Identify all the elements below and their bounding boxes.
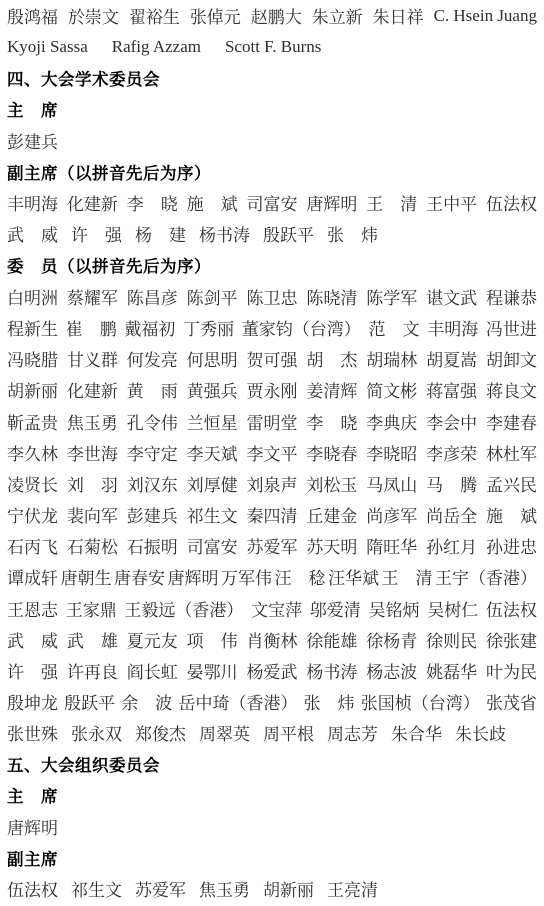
person-name: 王家鼎	[66, 596, 117, 621]
person-name: 兰恒星	[187, 409, 238, 434]
person-name: 彭建兵	[7, 128, 58, 153]
person-name: 孙红月	[426, 533, 477, 558]
person-name: 何发亮	[127, 346, 178, 371]
person-name: 张 炜	[304, 689, 355, 714]
person-name: 郑俊杰	[135, 720, 186, 745]
person-name: 胡卸文	[486, 346, 537, 371]
person-name: 晏鄂川	[187, 658, 238, 683]
person-name: 李典庆	[366, 409, 417, 434]
person-name: 祁生文	[187, 502, 238, 527]
person-name: 陈学军	[366, 284, 417, 309]
section-title: 四、大会学术委员会	[7, 62, 537, 93]
person-name: 胡瑞林	[366, 346, 417, 371]
person-name: 黄强兵	[187, 377, 238, 402]
person-name: 黄 雨	[127, 377, 178, 402]
person-name: 翟裕生	[129, 3, 180, 28]
section-title: 五、大会组织委员会	[7, 749, 537, 780]
person-name: 程谦恭	[486, 284, 537, 309]
person-name: 张世殊	[7, 720, 58, 745]
person-name: 冯世进	[486, 315, 537, 340]
name-row: 谭成轩唐朝生唐春安唐辉明万军伟汪 稔汪华斌王 清王宇（香港）	[7, 561, 537, 592]
person-name: 杨志波	[366, 658, 417, 683]
person-name: 隋旺华	[366, 533, 417, 558]
person-name: 杨书涛	[306, 658, 357, 683]
person-name: 邬爱清	[310, 596, 361, 621]
name-row: 张世殊张永双郑俊杰周翠英周平根周志芳朱合华朱长歧	[7, 717, 537, 748]
person-name: 王中平	[426, 190, 477, 215]
person-name: 伍法权	[7, 876, 58, 901]
person-name: 许 强	[71, 221, 122, 246]
person-name: 裴向军	[67, 502, 118, 527]
person-name: 伍法权	[486, 190, 537, 215]
name-row: 唐辉明	[7, 811, 537, 842]
section-title-text: 四、大会学术委员会	[7, 66, 160, 90]
person-name: Rafig Azzam	[112, 37, 201, 57]
person-name: 刘厚健	[187, 471, 238, 496]
person-name: 张国桢（台湾）	[361, 689, 480, 714]
person-name: 李建春	[486, 409, 537, 434]
person-name: 雷明堂	[247, 409, 298, 434]
person-name: 徐张建	[486, 627, 537, 652]
person-name: 张 炜	[327, 221, 378, 246]
person-name: 殷鸿福	[7, 3, 58, 28]
person-name: 李 晓	[306, 409, 357, 434]
person-name: 焦玉勇	[199, 876, 250, 901]
subsection-heading-text: 副主席（以拼音先后为序）	[7, 160, 211, 184]
name-row: 凌贤长刘 羽刘汉东刘厚健刘泉声刘松玉马凤山马 腾孟兴民	[7, 468, 537, 499]
subsection-heading: 委 员（以拼音先后为序）	[7, 250, 537, 281]
person-name: 李久林	[7, 440, 58, 465]
person-name: 姚磊华	[426, 658, 477, 683]
subsection-heading: 副主席	[7, 842, 537, 873]
person-name: 张永双	[71, 720, 122, 745]
name-row: 丰明海化建新李 晓施 斌司富安唐辉明王 清王中平伍法权	[7, 187, 537, 218]
person-name: 朱长歧	[455, 720, 506, 745]
person-name: 陈昌彦	[127, 284, 178, 309]
person-name: 贾永刚	[247, 377, 298, 402]
name-row: 武 威许 强杨 建杨书涛殷跃平张 炜	[7, 218, 537, 249]
name-row: 靳孟贵焦玉勇孔令伟兰恒星雷明堂李 晓李典庆李会中李建春	[7, 405, 537, 436]
person-name: 甘义群	[67, 346, 118, 371]
person-name: 苏爱军	[247, 533, 298, 558]
subsection-heading: 主 席	[7, 780, 537, 811]
name-row: 王恩志王家鼎王毅远（香港）文宝萍邬爱清吴铭炳吴树仁伍法权	[7, 593, 537, 624]
person-name: 焦玉勇	[67, 409, 118, 434]
person-name: 马 腾	[426, 471, 477, 496]
name-row: 程新生崔 鹏戴福初丁秀丽董家钧（台湾）范 文丰明海冯世进	[7, 312, 537, 343]
person-name: 冯晓腊	[7, 346, 58, 371]
subsection-heading: 副主席（以拼音先后为序）	[7, 156, 537, 187]
person-name: 蔡耀军	[67, 284, 118, 309]
person-name: 孙进忠	[486, 533, 537, 558]
person-name: 化建新	[67, 190, 118, 215]
person-name: 林杜军	[486, 440, 537, 465]
subsection-heading-text: 主 席	[7, 97, 58, 121]
person-name: 简文彬	[366, 377, 417, 402]
person-name: 汪 稔	[275, 564, 326, 589]
name-row: 伍法权祁生文苏爱军焦玉勇胡新丽王亮清	[7, 873, 537, 904]
person-name: 王毅远（香港）	[124, 596, 243, 621]
person-name: Kyoji Sassa	[7, 37, 88, 57]
person-name: 王 清	[382, 564, 433, 589]
person-name: 唐辉明	[306, 190, 357, 215]
international-names-line-2: Kyoji SassaRafig AzzamScott F. Burns	[7, 31, 537, 62]
person-name: 夏元友	[127, 627, 178, 652]
person-name: 尚岳全	[426, 502, 477, 527]
person-name: 杨书涛	[199, 221, 250, 246]
person-name: 姜清辉	[306, 377, 357, 402]
person-name: 徐能雄	[306, 627, 357, 652]
person-name: 董家钧（台湾）	[242, 315, 361, 340]
person-name: 胡新丽	[7, 377, 58, 402]
person-name: 周翠英	[199, 720, 250, 745]
person-name: 殷坤龙	[7, 689, 58, 714]
person-name: 刘松玉	[306, 471, 357, 496]
person-name: C. Hsein Juang	[434, 6, 537, 26]
person-name: 石菊松	[67, 533, 118, 558]
person-name: 司富安	[187, 533, 238, 558]
person-name: 马凤山	[366, 471, 417, 496]
person-name: 万军伟	[221, 564, 272, 589]
person-name: 施 斌	[187, 190, 238, 215]
person-name: 范 文	[369, 315, 420, 340]
person-name: 李彦荣	[426, 440, 477, 465]
person-name: 殷跃平	[64, 689, 115, 714]
person-name: 石振明	[127, 533, 178, 558]
international-names-line-1: 殷鸿福於崇文翟裕生张倬元赵鹏大朱立新朱日祥C. Hsein Juang	[7, 0, 537, 31]
person-name: 张茂省	[486, 689, 537, 714]
person-name: 尚彦军	[366, 502, 417, 527]
person-name: 徐则民	[426, 627, 477, 652]
person-name: 於崇文	[68, 3, 119, 28]
person-name: 程新生	[7, 315, 58, 340]
name-row: 白明洲蔡耀军陈昌彦陈剑平陈卫忠陈晓清陈学军谌文武程谦恭	[7, 281, 537, 312]
person-name: 张倬元	[190, 3, 241, 28]
person-name: 丁秀丽	[183, 315, 234, 340]
person-name: 苏天明	[306, 533, 357, 558]
person-name: 周志芳	[327, 720, 378, 745]
name-row: 石丙飞石菊松石振明司富安苏爱军苏天明隋旺华孙红月孙进忠	[7, 530, 537, 561]
person-name: 唐朝生	[61, 564, 112, 589]
person-name: 孟兴民	[486, 471, 537, 496]
person-name: 王宇（香港）	[435, 564, 537, 589]
person-name: 赵鹏大	[251, 3, 302, 28]
person-name: 蒋富强	[426, 377, 477, 402]
person-name: 刘泉声	[247, 471, 298, 496]
person-name: 谌文武	[426, 284, 477, 309]
person-name: 贺可强	[247, 346, 298, 371]
person-name: 杨 建	[135, 221, 186, 246]
section-title-text: 五、大会组织委员会	[7, 752, 160, 776]
person-name: 靳孟贵	[7, 409, 58, 434]
person-name: 余 波	[121, 689, 172, 714]
name-row: 殷坤龙殷跃平余 波岳中琦（香港）张 炜张国桢（台湾）张茂省	[7, 686, 537, 717]
person-name: 吴树仁	[427, 596, 478, 621]
person-name: 许再良	[67, 658, 118, 683]
person-name: 石丙飞	[7, 533, 58, 558]
name-row: 武 威武 雄夏元友项 伟肖衡林徐能雄徐杨青徐则民徐张建	[7, 624, 537, 655]
person-name: 徐杨青	[366, 627, 417, 652]
person-name: 刘汉东	[127, 471, 178, 496]
person-name: 李会中	[426, 409, 477, 434]
person-name: 岳中琦（香港）	[178, 689, 297, 714]
person-name: 王恩志	[7, 596, 58, 621]
person-name: 武 威	[7, 627, 58, 652]
document-page: 殷鸿福於崇文翟裕生张倬元赵鹏大朱立新朱日祥C. Hsein JuangKyoji…	[0, 0, 544, 906]
person-name: 王 清	[366, 190, 417, 215]
person-name: 谭成轩	[7, 564, 58, 589]
person-name: 叶为民	[486, 658, 537, 683]
name-row: 冯晓腊甘义群何发亮何思明贺可强胡 杰胡瑞林胡夏嵩胡卸文	[7, 343, 537, 374]
person-name: 陈晓清	[306, 284, 357, 309]
document-content: 殷鸿福於崇文翟裕生张倬元赵鹏大朱立新朱日祥C. Hsein JuangKyoji…	[7, 0, 537, 904]
person-name: 武 雄	[67, 627, 118, 652]
person-name: 胡新丽	[263, 876, 314, 901]
person-name: 丘建金	[306, 502, 357, 527]
person-name: 武 威	[7, 221, 58, 246]
person-name: 肖衡林	[247, 627, 298, 652]
person-name: 陈卫忠	[247, 284, 298, 309]
person-name: 唐辉明	[168, 564, 219, 589]
person-name: 李文平	[247, 440, 298, 465]
person-name: 施 斌	[486, 502, 537, 527]
person-name: 宁伏龙	[7, 502, 58, 527]
person-name: 殷跃平	[263, 221, 314, 246]
name-row: 彭建兵	[7, 125, 537, 156]
person-name: 化建新	[67, 377, 118, 402]
person-name: 何思明	[187, 346, 238, 371]
person-name: 祁生文	[71, 876, 122, 901]
person-name: 朱立新	[312, 3, 363, 28]
person-name: 凌贤长	[7, 471, 58, 496]
person-name: 许 强	[7, 658, 58, 683]
person-name: 项 伟	[187, 627, 238, 652]
person-name: 伍法权	[486, 596, 537, 621]
person-name: 刘 羽	[67, 471, 118, 496]
person-name: 白明洲	[7, 284, 58, 309]
person-name: 秦四清	[247, 502, 298, 527]
person-name: 吴铭炳	[369, 596, 420, 621]
person-name: 胡 杰	[306, 346, 357, 371]
person-name: 丰明海	[427, 315, 478, 340]
person-name: 李 晓	[127, 190, 178, 215]
person-name: 孔令伟	[127, 409, 178, 434]
person-name: 崔 鹏	[66, 315, 117, 340]
subsection-heading-text: 副主席	[7, 846, 58, 870]
person-name: 丰明海	[7, 190, 58, 215]
person-name: 李晓春	[306, 440, 357, 465]
person-name: 陈剑平	[187, 284, 238, 309]
name-row: 胡新丽化建新黄 雨黄强兵贾永刚姜清辉简文彬蒋富强蒋良文	[7, 374, 537, 405]
person-name: 蒋良文	[486, 377, 537, 402]
person-name: 彭建兵	[127, 502, 178, 527]
person-name: 王亮清	[327, 876, 378, 901]
person-name: 阎长虹	[127, 658, 178, 683]
person-name: 李世海	[67, 440, 118, 465]
person-name: 唐春安	[114, 564, 165, 589]
person-name: 李晓昭	[366, 440, 417, 465]
person-name: 司富安	[247, 190, 298, 215]
person-name: 朱合华	[391, 720, 442, 745]
subsection-heading: 主 席	[7, 94, 537, 125]
person-name: 胡夏嵩	[426, 346, 477, 371]
name-row: 李久林李世海李守定李天斌李文平李晓春李晓昭李彦荣林杜军	[7, 437, 537, 468]
name-row: 宁伏龙裴向军彭建兵祁生文秦四清丘建金尚彦军尚岳全施 斌	[7, 499, 537, 530]
subsection-heading-text: 主 席	[7, 783, 58, 807]
person-name: 苏爱军	[135, 876, 186, 901]
person-name: 唐辉明	[7, 814, 58, 839]
subsection-heading-text: 委 员（以拼音先后为序）	[7, 253, 211, 277]
name-row: 许 强许再良阎长虹晏鄂川杨爱武杨书涛杨志波姚磊华叶为民	[7, 655, 537, 686]
person-name: 朱日祥	[373, 3, 424, 28]
person-name: 李天斌	[187, 440, 238, 465]
person-name: 文宝萍	[251, 596, 302, 621]
person-name: Scott F. Burns	[225, 37, 321, 57]
person-name: 杨爱武	[247, 658, 298, 683]
person-name: 周平根	[263, 720, 314, 745]
person-name: 戴福初	[124, 315, 175, 340]
person-name: 李守定	[127, 440, 178, 465]
person-name: 汪华斌	[328, 564, 379, 589]
